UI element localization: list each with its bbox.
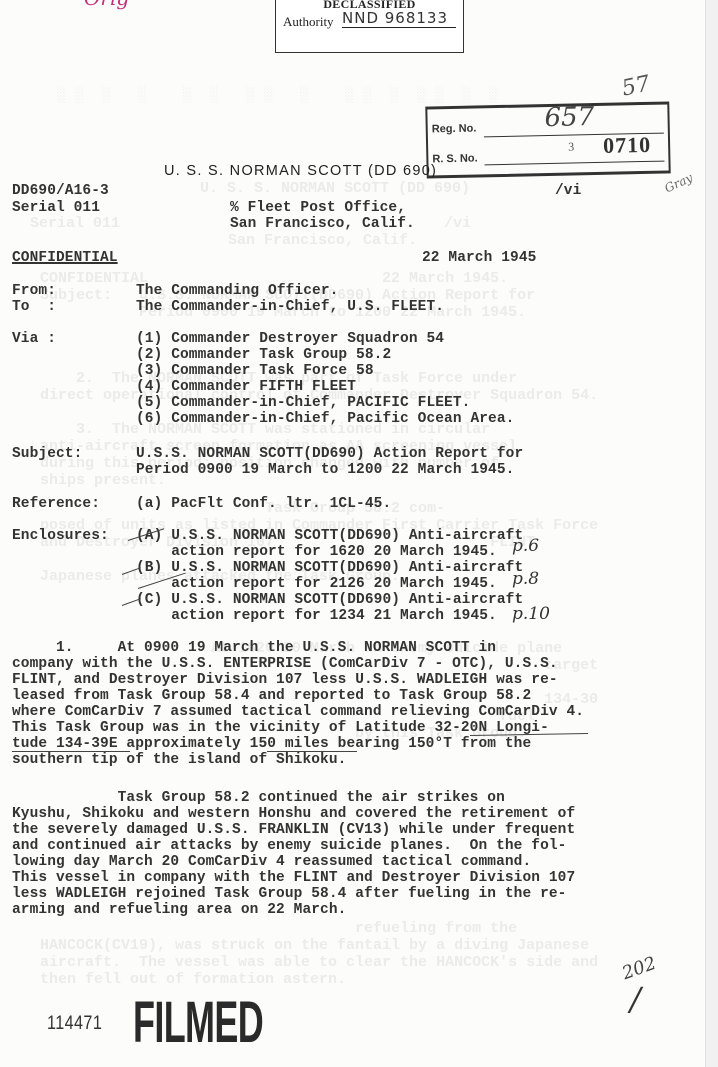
handwritten-bottom-mark: / <box>630 980 641 1018</box>
handwritten-initials: Gray <box>662 170 694 195</box>
body-line: FLINT, and Destroyer Division 107 less U… <box>12 672 558 688</box>
body-line: 1. At 0900 19 March the U.S.S. NORMAN SC… <box>12 640 496 656</box>
coordinate-underline <box>12 751 130 752</box>
authority-label: Authority <box>283 14 334 30</box>
enclosure-item: (B) U.S.S. NORMAN SCOTT(DD690) Anti-airc… <box>136 560 523 576</box>
from-value: The Commanding Officer. <box>136 283 338 299</box>
reg-no-label: Reg. No. <box>432 122 477 135</box>
handwritten-top-number: 57 <box>620 71 653 101</box>
reg-no-value: 657 <box>544 102 594 133</box>
via-item: (6) Commander-in-Chief, Pacific Ocean Ar… <box>136 411 514 427</box>
bleed-through-text: refueling from the HANCOCK(CV19), was st… <box>40 920 598 988</box>
via-item: (5) Commander-in-Chief, PACIFIC FLEET. <box>136 395 470 411</box>
bleed-through-text: U. S. S. NORMAN SCOTT (DD 690) <box>200 180 470 197</box>
via-label: Via : <box>12 331 56 347</box>
to-value: The Commander-in-Chief, U.S. FLEET. <box>136 299 444 315</box>
via-item: (3) Commander Task Force 58 <box>136 363 374 379</box>
body-line: lowing day March 20 ComCarDiv 4 reassume… <box>12 854 531 870</box>
enclosure-item: (C) U.S.S. NORMAN SCOTT(DD690) Anti-airc… <box>136 592 523 608</box>
bleed-through-text: ░ ░ ░ ░ ░ ░ ░ ░ ░ ░ ░ ░ ░ ░ ░ ░ <box>30 70 543 104</box>
register-stamp: Reg. No. 657 R. S. No. 3 0710 <box>425 101 670 178</box>
handwritten-page-ref: p.6 <box>512 536 539 556</box>
body-line: southern tip of the island of Shikoku. <box>12 752 346 768</box>
body-line: arming and refueling area on 22 March. <box>12 902 346 918</box>
body-line: Kyushu, Shikoku and western Honshu and c… <box>12 806 575 822</box>
handwritten-page-ref: p.10 <box>512 604 550 624</box>
via-item: (4) Commander FIFTH FLEET <box>136 379 356 395</box>
subject-line: Period 0900 19 March to 1200 22 March 19… <box>136 462 514 478</box>
body-line: company with the U.S.S. ENTERPRISE (ComC… <box>12 656 558 672</box>
handwritten-page-ref: p.8 <box>512 569 539 589</box>
body-line: leased from Task Group 58.4 and reported… <box>12 688 531 704</box>
handwritten-pink-note: Orig <box>84 0 129 10</box>
rs-no-label: R. S. No. <box>432 152 477 165</box>
rs-no-prefix: 3 <box>568 139 574 154</box>
reference-label: Reference: <box>12 496 100 512</box>
body-line: Task Group 58.2 continued the air strike… <box>12 790 505 806</box>
body-line: This Task Group was in the vicinity of L… <box>12 720 549 736</box>
enclosure-item: (A) U.S.S. NORMAN SCOTT(DD690) Anti-airc… <box>136 528 523 544</box>
body-line: the severely damaged U.S.S. FRANKLIN (CV… <box>12 822 575 838</box>
authority-value: NND 968133 <box>342 9 456 28</box>
document-page: ░ ░ ░ ░ ░ ░ ░ ░ ░ ░ ░ ░ ░ ░ ░ ░ U. S. S.… <box>0 0 705 1067</box>
film-number: 114471 <box>47 1013 102 1035</box>
address-line-1: % Fleet Post Office, <box>230 200 406 216</box>
body-line: less WADLEIGH rejoined Task Group 58.4 a… <box>12 886 567 902</box>
body-line: where ComCarDiv 7 assumed tactical comma… <box>12 704 584 720</box>
typist-initials: /vi <box>555 183 581 199</box>
enclosure-item: action report for 2126 20 March 1945. <box>136 576 497 592</box>
letterhead: U. S. S. NORMAN SCOTT (DD 690) <box>164 163 437 179</box>
filmed-stamp: FILMED <box>133 992 263 1054</box>
to-label: To : <box>12 299 56 315</box>
from-label: From: <box>12 283 56 299</box>
serial-number: Serial 011 <box>12 200 100 216</box>
subject-label: Subject: <box>12 446 82 462</box>
address-line-2: San Francisco, Calif. <box>230 216 415 232</box>
via-item: (2) Commander Task Group 58.2 <box>136 347 391 363</box>
rs-no-value: 0710 <box>603 132 652 159</box>
letter-date: 22 March 1945 <box>422 250 536 266</box>
body-line: This vessel in company with the FLINT an… <box>12 870 575 886</box>
distance-underline <box>267 751 357 752</box>
reference-value: (a) PacFlt Conf. ltr. 1CL-45. <box>136 496 391 512</box>
enclosure-item: action report for 1234 21 March 1945. <box>136 608 497 624</box>
body-line: and continued air attacks by enemy suici… <box>12 838 567 854</box>
classification: CONFIDENTIAL <box>12 250 118 266</box>
subject-line: U.S.S. NORMAN SCOTT(DD690) Action Report… <box>136 446 523 462</box>
via-item: (1) Commander Destroyer Squadron 54 <box>136 331 444 347</box>
body-line: tude 134-39E approximately 150 miles bea… <box>12 736 531 752</box>
file-code: DD690/A16-3 <box>12 183 109 199</box>
enclosures-label: Enclosures: <box>12 528 109 544</box>
page-edge <box>705 0 718 1067</box>
declassified-stamp: DECLASSIFIED Authority NND 968133 <box>275 0 464 53</box>
enclosure-item: action report for 1620 20 March 1945. <box>136 544 497 560</box>
